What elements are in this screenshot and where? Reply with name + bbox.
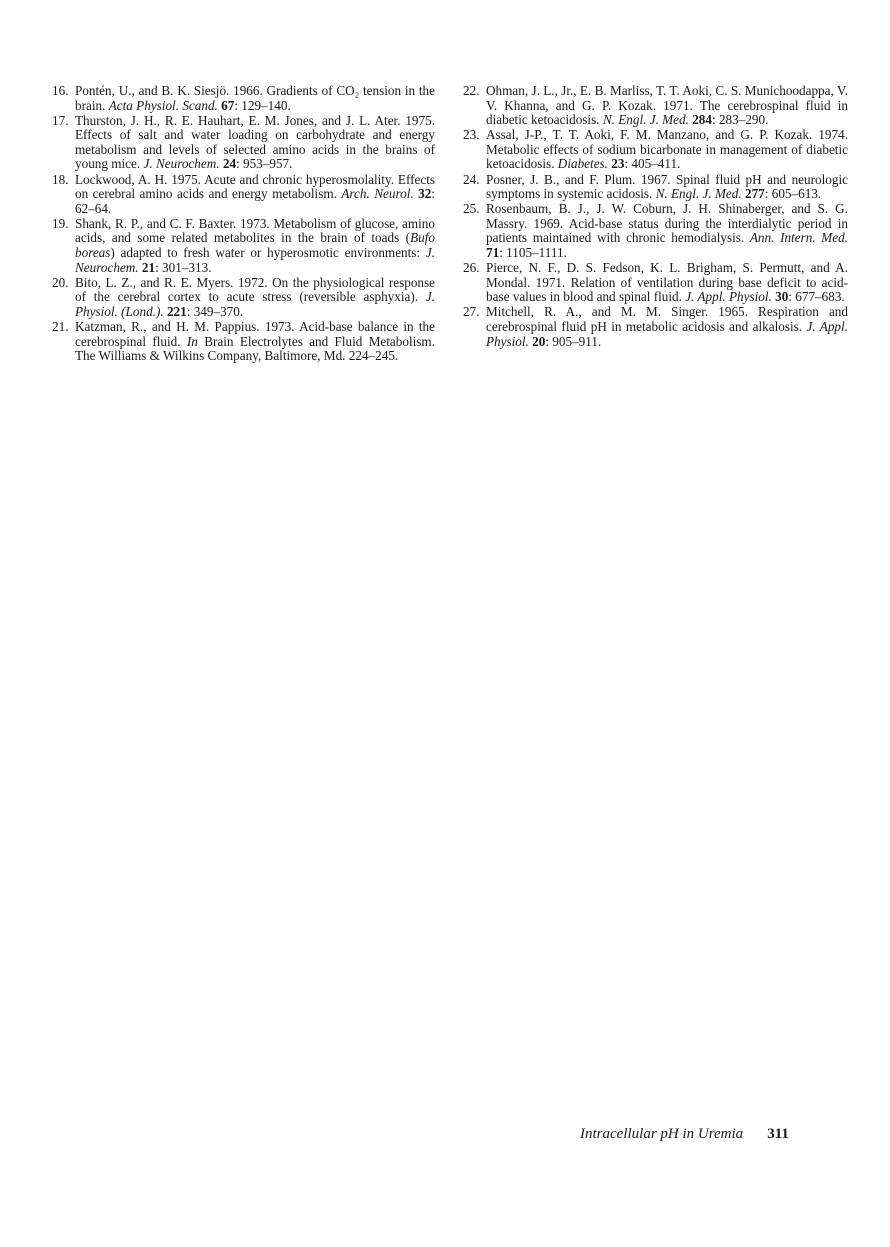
journal-name: Ann. Intern. Med. bbox=[750, 230, 848, 245]
reference-number: 26. bbox=[463, 261, 479, 276]
reference-number: 23. bbox=[463, 128, 479, 143]
reference-17: 17.Thurston, J. H., R. E. Hauhart, E. M.… bbox=[52, 114, 435, 172]
journal-name: N. Engl. J. Med. bbox=[603, 112, 689, 127]
journal-name: N. Engl. J. Med. bbox=[656, 186, 742, 201]
reference-27: 27.Mitchell, R. A., and M. M. Singer. 19… bbox=[463, 305, 848, 349]
reference-19: 19.Shank, R. P., and C. F. Baxter. 1973.… bbox=[52, 217, 435, 275]
reference-number: 19. bbox=[52, 217, 68, 232]
volume: 71 bbox=[486, 245, 499, 260]
reference-22: 22.Ohman, J. L., Jr., E. B. Marliss, T. … bbox=[463, 84, 848, 128]
reference-number: 21. bbox=[52, 320, 68, 335]
page-number: 311 bbox=[767, 1126, 789, 1142]
volume: 20 bbox=[532, 334, 545, 349]
reference-number: 17. bbox=[52, 114, 68, 129]
journal-name: Arch. Neurol. bbox=[341, 186, 413, 201]
reference-21: 21.Katzman, R., and H. M. Pappius. 1973.… bbox=[52, 320, 435, 364]
page-footer: Intracellular pH in Uremia311 bbox=[580, 1126, 789, 1143]
reference-number: 25. bbox=[463, 202, 479, 217]
journal-name: Diabetes. bbox=[558, 156, 608, 171]
volume: 277 bbox=[745, 186, 765, 201]
references-right-column: 22.Ohman, J. L., Jr., E. B. Marliss, T. … bbox=[463, 84, 848, 350]
volume: 284 bbox=[692, 112, 712, 127]
reference-18: 18.Lockwood, A. H. 1975. Acute and chron… bbox=[52, 173, 435, 217]
reference-number: 24. bbox=[463, 173, 479, 188]
reference-25: 25.Rosenbaum, B. J., J. W. Coburn, J. H.… bbox=[463, 202, 848, 260]
journal-name: Acta Physiol. Scand. bbox=[109, 98, 218, 113]
reference-number: 16. bbox=[52, 84, 68, 99]
volume: 32 bbox=[418, 186, 431, 201]
reference-26: 26.Pierce, N. F., D. S. Fedson, K. L. Br… bbox=[463, 261, 848, 305]
in-keyword: In bbox=[187, 334, 198, 349]
volume: 221 bbox=[167, 304, 187, 319]
volume: 21 bbox=[142, 260, 155, 275]
reference-16: 16.Pontén, U., and B. K. Siesjö. 1966. G… bbox=[52, 84, 435, 113]
volume: 23 bbox=[611, 156, 624, 171]
journal-name: J. Neurochem. bbox=[144, 156, 220, 171]
volume: 67 bbox=[221, 98, 234, 113]
reference-number: 20. bbox=[52, 276, 68, 291]
reference-24: 24.Posner, J. B., and F. Plum. 1967. Spi… bbox=[463, 173, 848, 202]
references-left-column: 16.Pontén, U., and B. K. Siesjö. 1966. G… bbox=[52, 84, 435, 364]
reference-20: 20.Bito, L. Z., and R. E. Myers. 1972. O… bbox=[52, 276, 435, 320]
reference-number: 22. bbox=[463, 84, 479, 99]
reference-number: 27. bbox=[463, 305, 479, 320]
journal-name: J. Appl. Physiol. bbox=[685, 289, 772, 304]
running-title: Intracellular pH in Uremia bbox=[580, 1126, 743, 1142]
reference-number: 18. bbox=[52, 173, 68, 188]
reference-23: 23.Assal, J-P., T. T. Aoki, F. M. Manzan… bbox=[463, 128, 848, 172]
volume: 24 bbox=[223, 156, 236, 171]
volume: 30 bbox=[775, 289, 788, 304]
